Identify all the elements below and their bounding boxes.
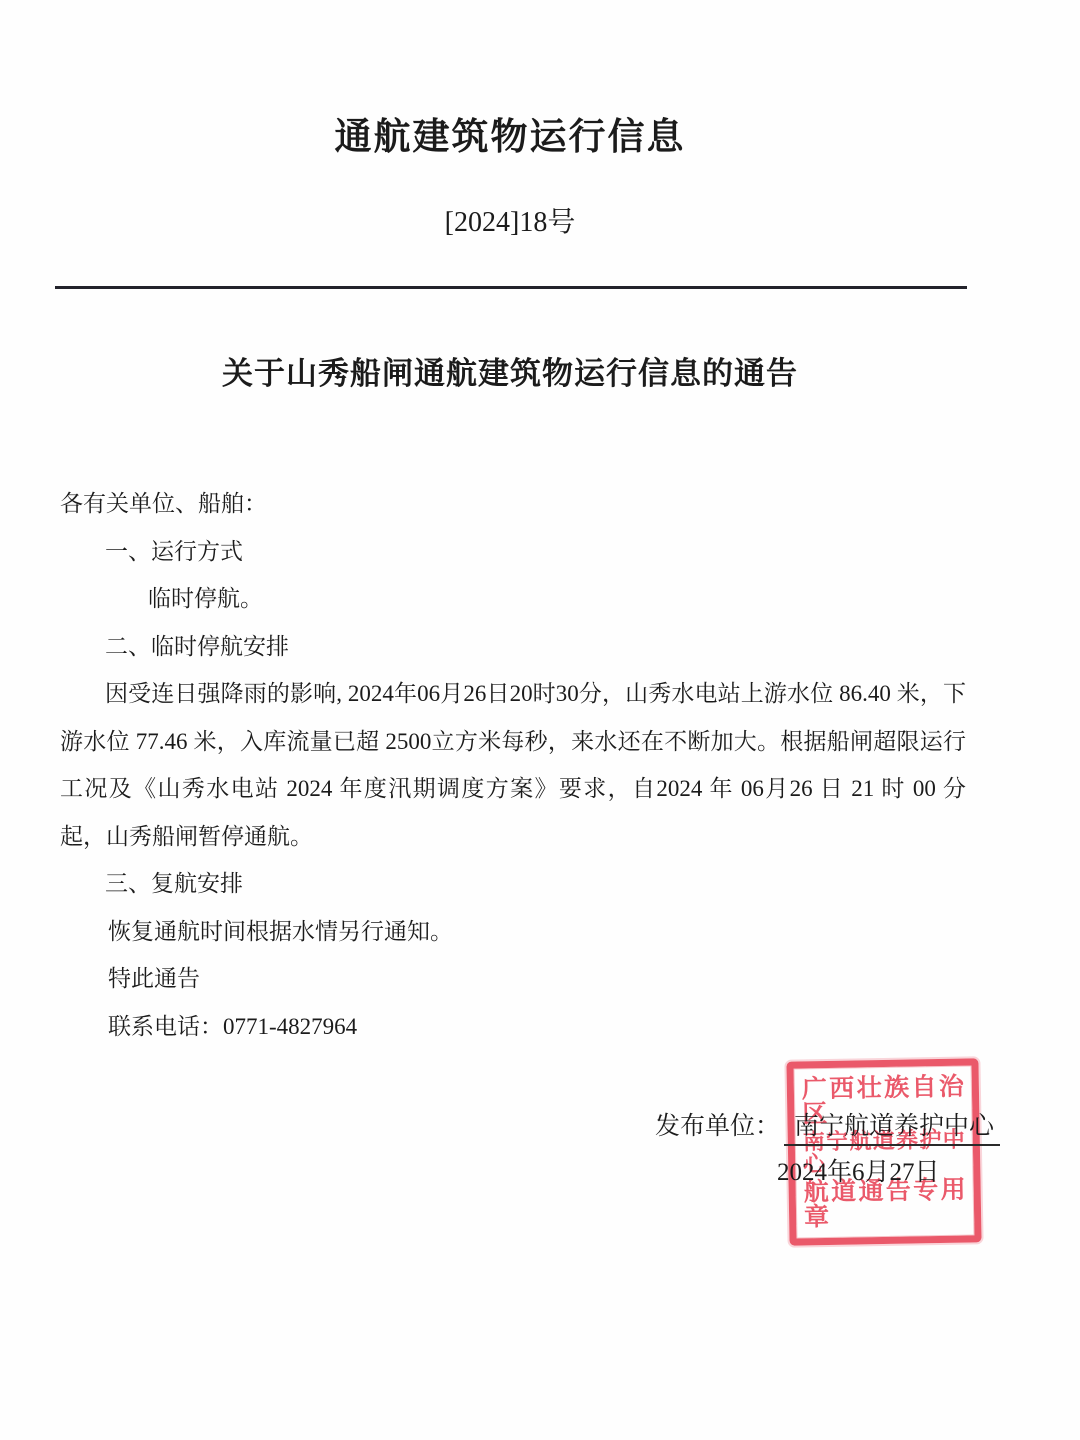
- header-divider: [55, 286, 967, 289]
- salutation: 各有关单位、船舶：: [60, 480, 966, 528]
- section-2-paragraph-line: 因受连日强降雨的影响, 2024年06月26日20时30分，山秀水电站上游水位 …: [60, 670, 966, 718]
- contact-phone: 联系电话：0771-4827964: [60, 1003, 966, 1051]
- section-3-heading: 三、复航安排: [60, 860, 966, 908]
- publisher-line: 发布单位：南宁航道养护中心: [655, 1106, 1000, 1146]
- document-title: 通航建筑物运行信息: [0, 106, 1020, 160]
- section-2-paragraph-line: 游水位 77.46 米，入库流量已超 2500立方米每秒，来水还在不断加大。根据…: [60, 718, 966, 766]
- section-3-content: 恢复通航时间根据水情另行通知。: [60, 908, 966, 956]
- section-1-heading: 一、运行方式: [60, 528, 966, 576]
- closing-statement: 特此通告: [60, 955, 966, 1003]
- section-2-paragraph-line: 工况及《山秀水电站 2024 年度汛期调度方案》要求，自2024 年 06月26…: [60, 765, 966, 813]
- document-number: [2024]18号: [0, 200, 1020, 240]
- section-2-paragraph-line: 起，山秀船闸暂停通航。: [60, 813, 966, 861]
- publisher-label: 发布单位：: [655, 1113, 780, 1140]
- section-1-content: 临时停航。: [60, 575, 966, 623]
- section-2-heading: 二、临时停航安排: [60, 623, 966, 671]
- notice-body: 各有关单位、船舶： 一、运行方式 临时停航。 二、临时停航安排 因受连日强降雨的…: [60, 480, 966, 1050]
- issue-date: 2024年6月27日: [777, 1152, 940, 1188]
- publisher-name: 南宁航道养护中心: [784, 1106, 1000, 1146]
- scanned-notice-page: 通航建筑物运行信息 [2024]18号 关于山秀船闸通航建筑物运行信息的通告 各…: [0, 0, 1080, 1440]
- notice-title: 关于山秀船闸通航建筑物运行信息的通告: [0, 348, 1020, 393]
